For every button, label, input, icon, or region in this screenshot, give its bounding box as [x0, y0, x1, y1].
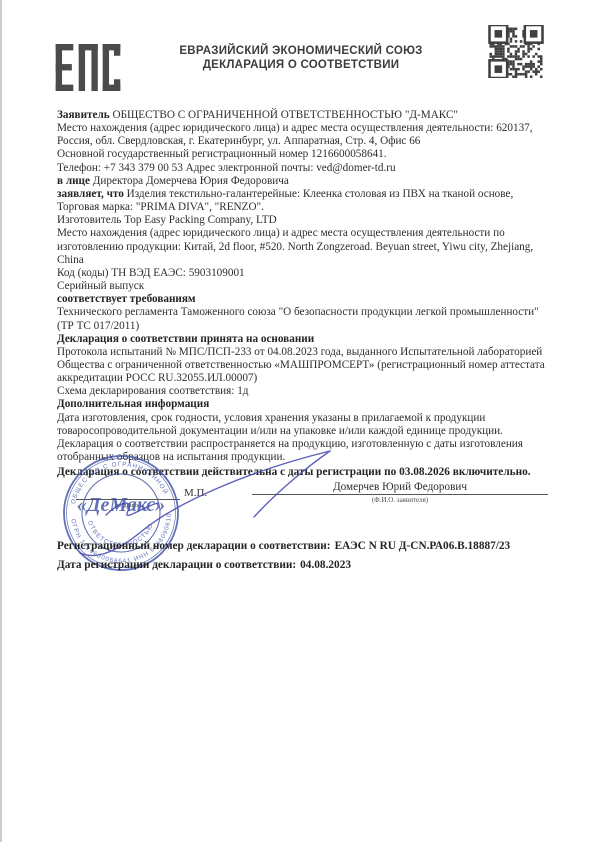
document-text: изготовлению продукции: Китай, 2d floor,… — [57, 241, 533, 253]
document-text: Директора Домерчева Юрия Федоровича — [93, 175, 289, 187]
document-text-bold: Декларация о соответствии принята на осн… — [57, 333, 314, 345]
document-text: Общества с ограниченной ответственностью… — [57, 359, 545, 371]
document-line: Технического регламента Таможенного союз… — [57, 306, 551, 319]
document-text: Телефон: +7 343 379 00 53 Адрес электрон… — [57, 162, 396, 174]
document-line: Код (коды) ТН ВЭД ЕАЭС: 5903109001 — [57, 267, 551, 280]
document-line: изготовлению продукции: Китай, 2d floor,… — [57, 241, 551, 254]
document-text: Изготовитель Top Easy Packing Company, L… — [57, 214, 277, 226]
document-line: аккредитации РОСС RU.32055.ИЛ.00007) — [57, 372, 551, 385]
document-line: Декларация о соответствии принята на осн… — [57, 333, 551, 346]
title-line-2: ДЕКЛАРАЦИЯ О СООТВЕТСТВИИ — [100, 58, 502, 72]
registration-number-line: Регистрационный номер декларации о соотв… — [57, 540, 510, 552]
document-line: Торговая марка: "PRIMA DIVA", "RENZO". — [57, 201, 551, 214]
registration-number-value: ЕАЭС N RU Д-CN.РА06.В.18887/23 — [335, 540, 511, 552]
document-line: соответствует требованиям — [57, 293, 551, 306]
document-text-bold: заявляет, что — [57, 188, 127, 200]
document-line: (ТР ТС 017/2011) — [57, 320, 551, 333]
document-line: заявляет, что Изделия текстильно-галанте… — [57, 188, 551, 201]
document-text-bold: Заявитель — [57, 109, 113, 121]
document-text: Россия, обл. Свердловская, г. Екатеринбу… — [57, 135, 420, 147]
document-text: (ТР ТС 017/2011) — [57, 320, 139, 332]
document-line: Место нахождения (адрес юридического лиц… — [57, 122, 551, 135]
document-line: Изготовитель Top Easy Packing Company, L… — [57, 214, 551, 227]
document-line: Основной государственный регистрационный… — [57, 148, 551, 161]
document-body: Заявитель ОБЩЕСТВО С ОГРАНИЧЕННОЙ ОТВЕТС… — [57, 109, 551, 464]
qr-code — [488, 25, 544, 78]
registration-date-label: Дата регистрации декларации о соответств… — [57, 559, 296, 571]
document-line: Дополнительная информация — [57, 398, 551, 411]
document-line: Протокола испытаний № МПС/ПСП-233 от 04.… — [57, 346, 551, 359]
document-text-bold: соответствует требованиям — [57, 293, 196, 305]
document-line: в лице Директора Домерчева Юрия Федорови… — [57, 175, 551, 188]
registration-number-label: Регистрационный номер декларации о соотв… — [57, 540, 331, 552]
document-text: Серийный выпуск — [57, 280, 144, 292]
document-text: товаросопроводительной документации и/ил… — [57, 425, 503, 437]
document-text: Дата изготовления, срок годности, услови… — [57, 412, 485, 424]
document-line: товаросопроводительной документации и/ил… — [57, 425, 551, 438]
document-text: Изделия текстильно-галантерейные: Клеенк… — [127, 188, 514, 200]
document-title: ЕВРАЗИЙСКИЙ ЭКОНОМИЧЕСКИЙ СОЮЗ ДЕКЛАРАЦИ… — [100, 44, 502, 72]
document-text: Торговая марка: "PRIMA DIVA", "RENZO". — [57, 201, 264, 213]
document-line: Заявитель ОБЩЕСТВО С ОГРАНИЧЕННОЙ ОТВЕТС… — [57, 109, 551, 122]
document-line: Место нахождения (адрес юридического лиц… — [57, 227, 551, 240]
document-text-bold: в лице — [57, 175, 93, 187]
registration-date-line: Дата регистрации декларации о соответств… — [57, 559, 351, 571]
document-text: Код (коды) ТН ВЭД ЕАЭС: 5903109001 — [57, 267, 245, 279]
document-line: Россия, обл. Свердловская, г. Екатеринбу… — [57, 135, 551, 148]
document-line: China — [57, 254, 551, 267]
document-text: Место нахождения (адрес юридического лиц… — [57, 227, 505, 239]
registration-date-value: 04.08.2023 — [300, 559, 351, 571]
document-line: Телефон: +7 343 379 00 53 Адрес электрон… — [57, 162, 551, 175]
document-line: Дата изготовления, срок годности, услови… — [57, 412, 551, 425]
document-text: China — [57, 254, 84, 266]
document-text: ОБЩЕСТВО С ОГРАНИЧЕННОЙ ОТВЕТСТВЕННОСТЬЮ… — [113, 109, 459, 121]
document-line: Общества с ограниченной ответственностью… — [57, 359, 551, 372]
document-text-bold: Дополнительная информация — [57, 398, 209, 410]
title-line-1: ЕВРАЗИЙСКИЙ ЭКОНОМИЧЕСКИЙ СОЮЗ — [100, 44, 502, 58]
document-text: Технического регламента Таможенного союз… — [57, 306, 539, 318]
document-text: Место нахождения (адрес юридического лиц… — [57, 122, 533, 134]
document-text: аккредитации РОСС RU.32055.ИЛ.00007) — [57, 372, 257, 384]
document-line: Схема декларирования соответствия: 1д — [57, 385, 551, 398]
signature-ink — [58, 437, 358, 577]
scan-edge-line — [0, 0, 2, 842]
document-text: Основной государственный регистрационный… — [57, 148, 387, 160]
document-text: Протокола испытаний № МПС/ПСП-233 от 04.… — [57, 346, 542, 358]
document-text: Схема декларирования соответствия: 1д — [57, 385, 249, 397]
document-line: Серийный выпуск — [57, 280, 551, 293]
